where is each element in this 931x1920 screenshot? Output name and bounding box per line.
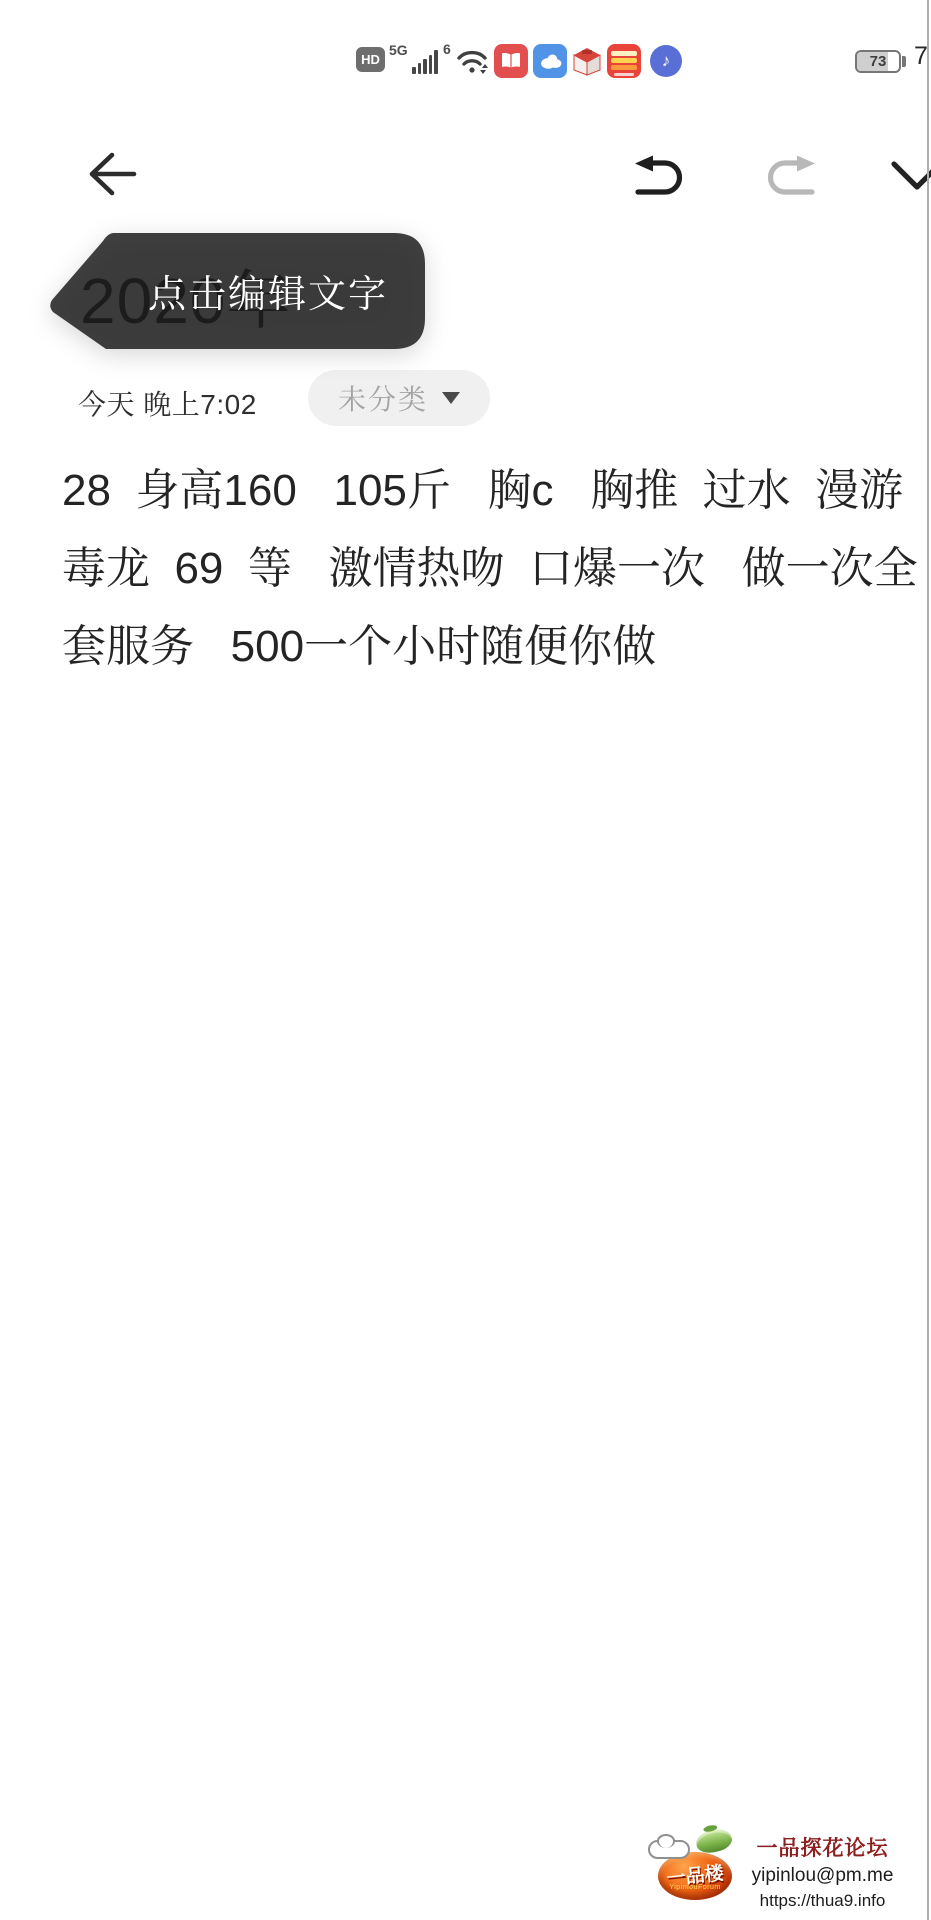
battery-percent: 73 <box>857 52 899 71</box>
redo-icon[interactable] <box>760 155 822 202</box>
edit-text-tooltip-label: 点击编辑文字 <box>114 232 422 348</box>
battery-icon: 73 <box>855 50 901 73</box>
note-body-line: 套服务 500一个小时随便你做 <box>62 608 931 686</box>
book-app-icon <box>494 44 528 78</box>
cloud-app-icon <box>533 44 567 78</box>
notes-app-screen: HD 5G 6 <box>0 0 931 1920</box>
edit-text-tooltip: 点击编辑文字 <box>48 232 428 352</box>
forum-logo-subtext: YipinlouForum <box>658 1884 732 1891</box>
forum-name: 一品探花论坛 <box>750 1832 895 1862</box>
note-body-line: 28 身高160 105斤 胸c 胸推 过水 漫游 <box>62 452 931 530</box>
note-date: 今天 晚上7:02 <box>78 383 257 423</box>
back-arrow-icon[interactable] <box>80 144 142 209</box>
wifi-number-label: 6 <box>443 41 451 57</box>
watermark-text-block: 一品探花论坛 yipinlou@pm.me https://thua9.info <box>750 1832 895 1911</box>
collapse-chevron-icon[interactable] <box>890 158 931 199</box>
category-caret-icon <box>442 392 460 404</box>
forum-logo-teapot-icon <box>694 1826 734 1855</box>
status-time-partial: 7 <box>914 42 928 71</box>
signal-bars-icon <box>412 48 440 74</box>
network-type-label: 5G <box>389 42 408 58</box>
package-app-icon <box>570 44 604 78</box>
forum-email: yipinlou@pm.me <box>750 1865 895 1887</box>
stripes-app-icon <box>607 44 641 78</box>
note-body-line: 毒龙 69 等 激情热吻 口爆一次 做一次全 <box>62 530 931 608</box>
forum-url: https://thua9.info <box>750 1891 895 1911</box>
battery-nub <box>902 56 906 67</box>
screenshot-edge-line <box>927 0 929 1920</box>
category-selector[interactable]: 未分类 <box>308 370 490 426</box>
forum-logo: 一品楼 YipinlouForum <box>652 1828 740 1902</box>
wifi-icon <box>455 46 491 81</box>
hd-badge: HD <box>356 47 385 72</box>
music-app-icon: ♪ <box>650 45 682 77</box>
category-label: 未分类 <box>338 378 428 418</box>
forum-logo-cloud-icon <box>648 1840 690 1859</box>
undo-icon[interactable] <box>628 155 690 202</box>
note-body[interactable]: 28 身高160 105斤 胸c 胸推 过水 漫游 毒龙 69 等 激情热吻 口… <box>62 452 931 686</box>
